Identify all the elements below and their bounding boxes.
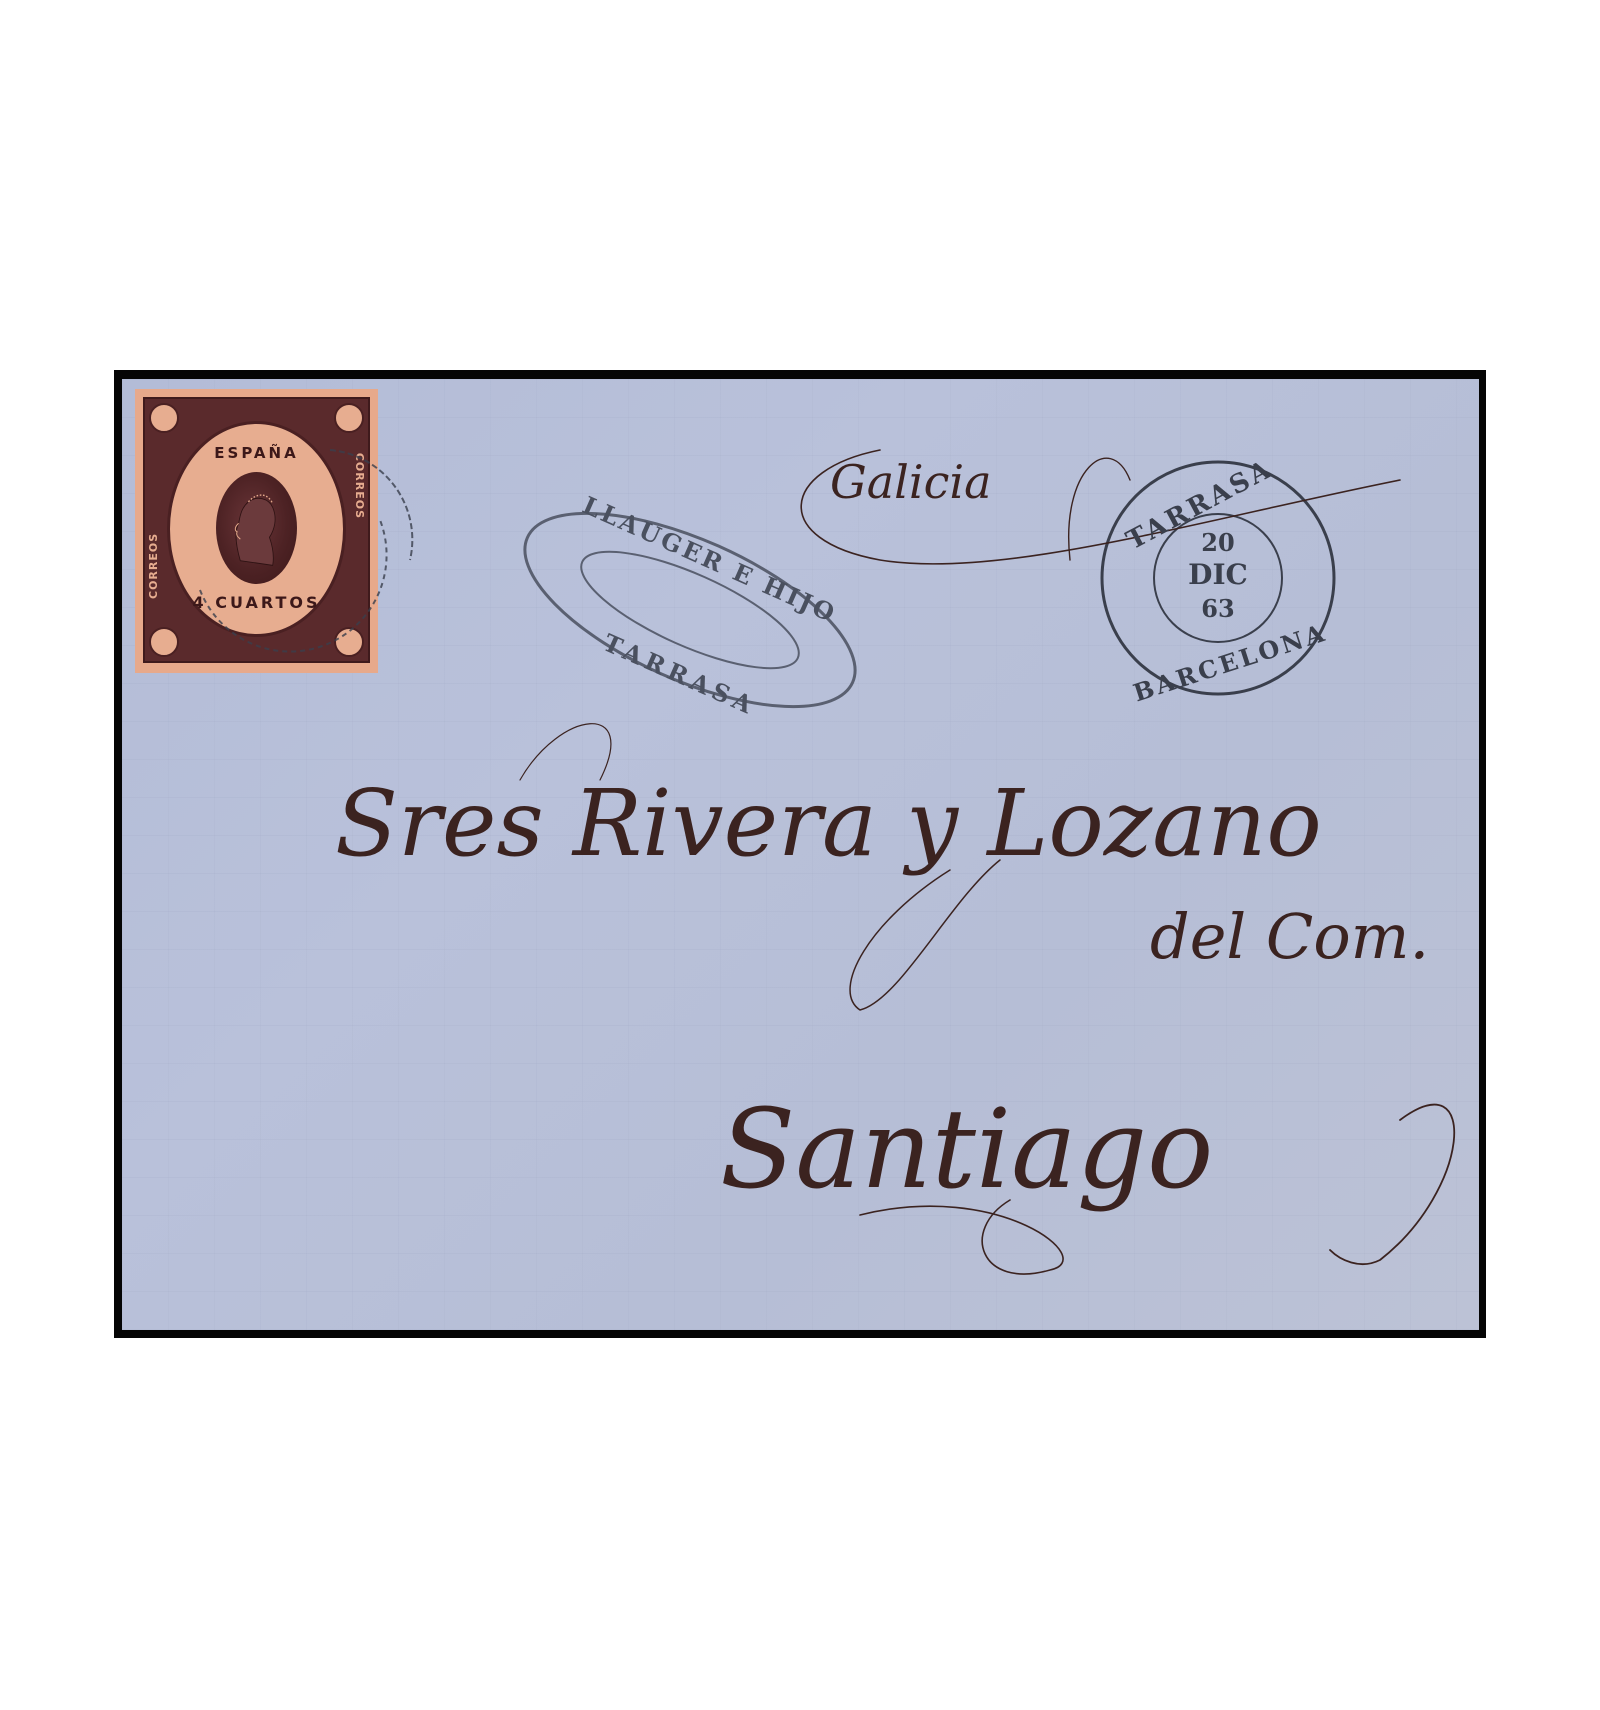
datestamp-year: 63 [1178, 594, 1258, 623]
stamp-cancel-mark [200, 450, 412, 652]
handwritten-addressee-line2: del Com. [1150, 900, 1429, 973]
handwritten-destination: Santiago [720, 1085, 1213, 1213]
datestamp-month: DIC [1170, 558, 1266, 591]
handwritten-addressee-line1: Sres Rivera y Lozano [335, 770, 1322, 877]
datestamp-day: 20 [1178, 528, 1258, 557]
handwritten-region: Galicia [830, 455, 992, 509]
